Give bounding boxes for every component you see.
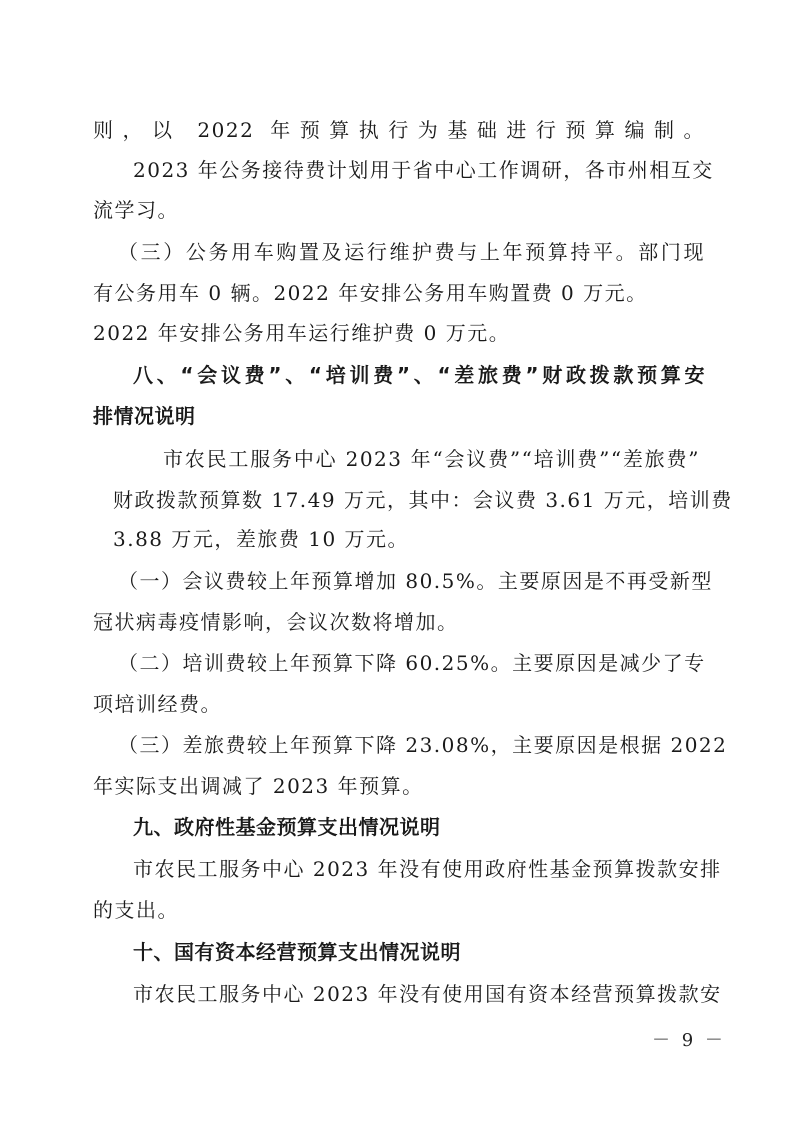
paragraph-line: 有公务用车 0 辆。2022 年安排公务用车购置费 0 万元。 [93, 281, 648, 305]
paragraph-line: 流学习。 [93, 198, 179, 222]
paragraph-line: 市农民工服务中心 2023 年没有使用政府性基金预算拨款安排 [133, 857, 705, 881]
paragraph-line: 市农民工服务中心 2023 年没有使用国有资本经营预算拨款安 [133, 982, 705, 1006]
paragraph-line: 项培训经费。 [93, 692, 222, 716]
paragraph-line: 2022 年安排公务用车运行维护费 0 万元。 [93, 321, 510, 345]
paragraph-line: （二）培训费较上年预算下降 60.25%。主要原因是减少了专 [118, 651, 705, 675]
paragraph-line: （三）差旅费较上年预算下降 23.08%，主要原因是根据 2022 [118, 733, 705, 757]
paragraph-line: 财政拨款预算数 17.49 万元，其中：会议费 3.61 万元，培训费 [113, 488, 705, 512]
paragraph-line: 市农民工服务中心 2023 年“会议费”“培训费”“差旅费” [163, 447, 700, 471]
document-page: 则，以 2022 年预算执行为基础进行预算编制。 2023 年公务接待费计划用于… [0, 0, 793, 1122]
paragraph-line: 2023 年公务接待费计划用于省中心工作调研，各市州相互交 [133, 158, 705, 182]
paragraph-line: 冠状病毒疫情影响，会议次数将增加。 [93, 610, 459, 634]
section-heading-10: 十、国有资本经营预算支出情况说明 [133, 940, 461, 964]
section-heading-9: 九、政府性基金预算支出情况说明 [133, 815, 441, 839]
paragraph-line: （三）公务用车购置及运行维护费与上年预算持平。部门现 [118, 240, 705, 264]
paragraph-line: 3.88 万元，差旅费 10 万元。 [113, 527, 409, 551]
paragraph-line: （一）会议费较上年预算增加 80.5%。主要原因是不再受新型 [118, 569, 705, 593]
paragraph-line: 则，以 2022 年预算执行为基础进行预算编制。 [93, 118, 705, 142]
paragraph-line: 的支出。 [93, 898, 179, 922]
section-heading-8-continued: 排情况说明 [93, 404, 196, 428]
paragraph-line: 年实际支出调减了 2023 年预算。 [93, 774, 424, 798]
section-heading-8: 八、“会议费”、“培训费”、“差旅费”财政拨款预算安 [133, 363, 705, 387]
page-number: － 9 － [652, 1030, 726, 1052]
